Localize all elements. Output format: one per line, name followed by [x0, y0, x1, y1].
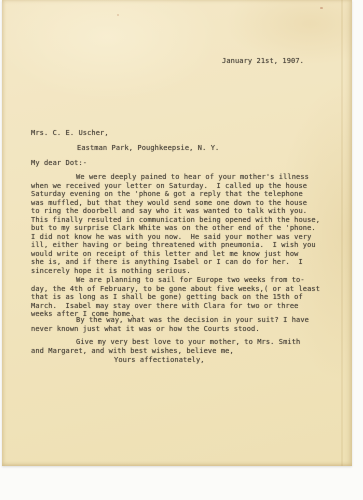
- letter-paragraph-4: Give my very best love to your mother, t…: [31, 338, 337, 355]
- letter-paragraph-2: We are planning to sail for Europe two w…: [31, 276, 337, 319]
- letter-paragraph-3: By the way, what was the decision in you…: [31, 316, 337, 333]
- letter-paragraph-1: We were deeply pained to hear of your mo…: [31, 173, 337, 275]
- letter-paper: January 21st, 1907. Mrs. C. E. Uscher, E…: [2, 0, 352, 466]
- paper-fold-line: [341, 0, 343, 466]
- letter-scan-background: January 21st, 1907. Mrs. C. E. Uscher, E…: [0, 0, 363, 500]
- paper-speck: [320, 7, 323, 9]
- recipient-name: Mrs. C. E. Uscher,: [31, 129, 109, 138]
- recipient-address: Eastman Park, Poughkeepsie, N. Y.: [77, 144, 219, 153]
- salutation: My dear Dot:-: [31, 159, 87, 168]
- closing-line: Yours affectionately,: [114, 356, 205, 365]
- paper-speck: [117, 14, 119, 16]
- letter-date: January 21st, 1907.: [222, 57, 304, 66]
